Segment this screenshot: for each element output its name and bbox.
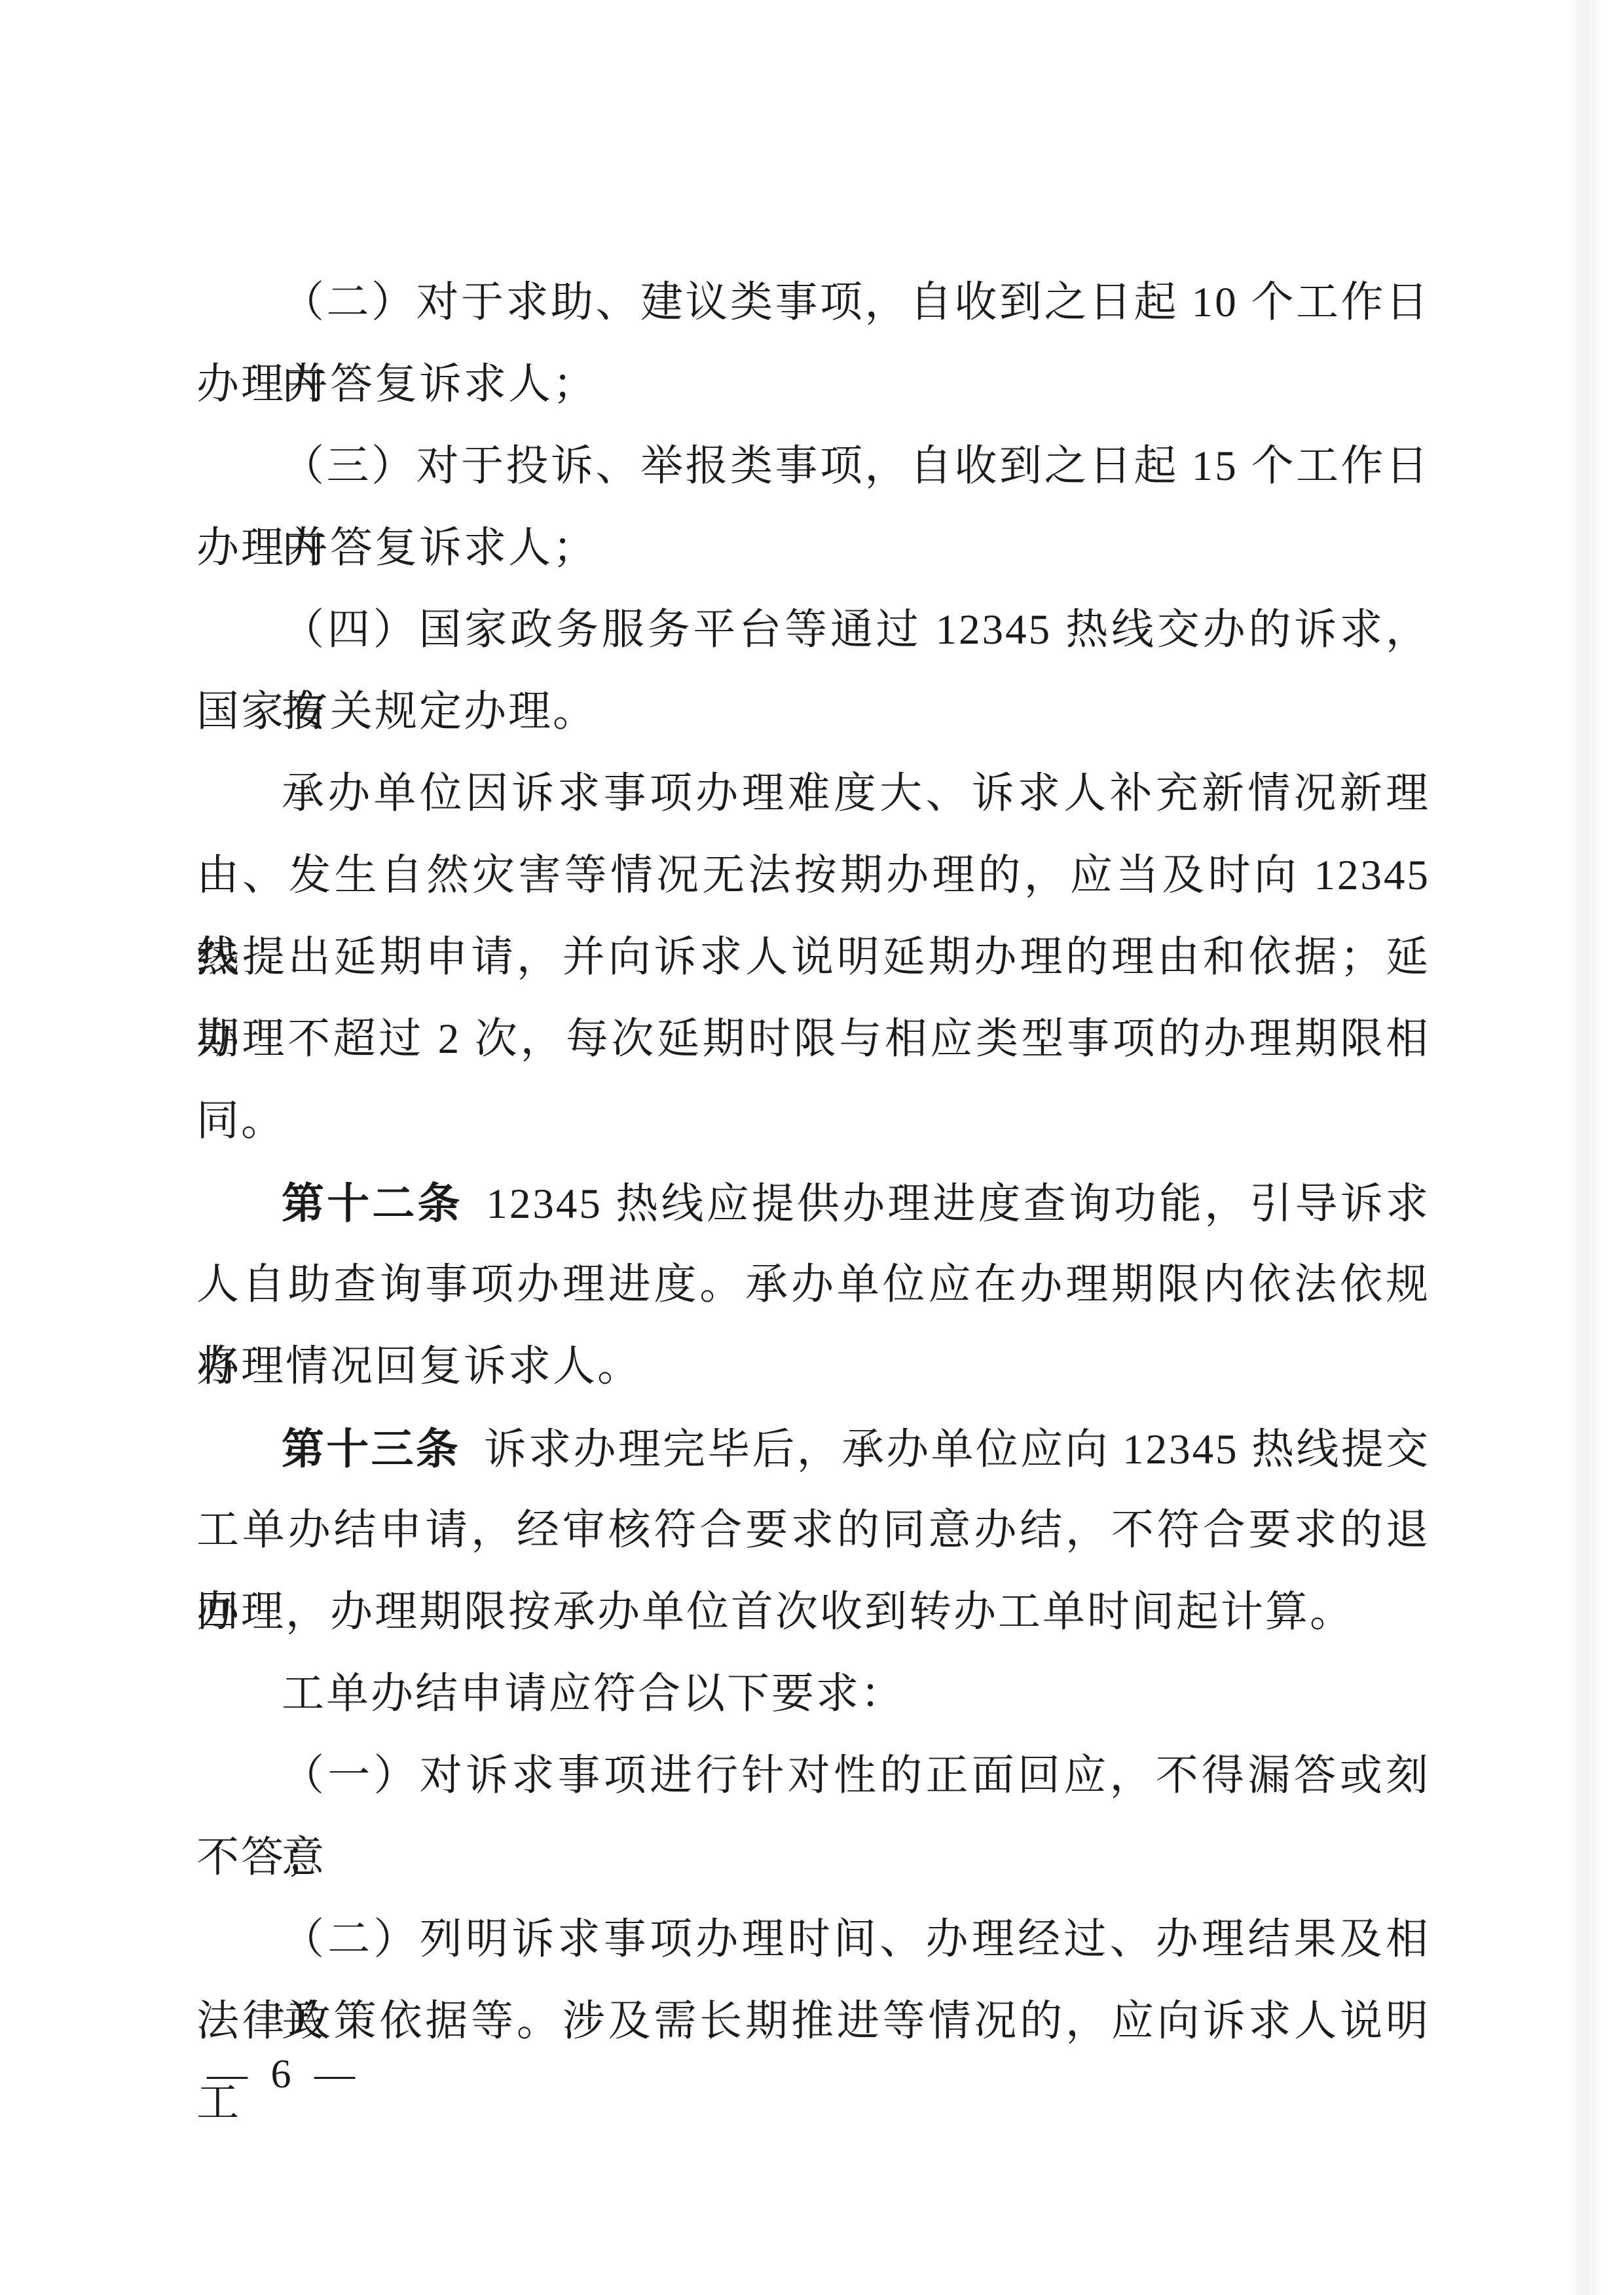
document-line: 工单办结申请应符合以下要求： xyxy=(196,1653,1430,1735)
text-segment: 承办单位因诉求事项办理难度大、诉求人补充新情况新理 xyxy=(282,770,1430,817)
text-segment: 办理并答复诉求人； xyxy=(196,361,597,408)
document-body: （二）对于求助、建议类事项，自收到之日起 10 个工作日内办理并答复诉求人；（三… xyxy=(196,262,1430,2063)
document-line: 办理并答复诉求人； xyxy=(196,507,1430,589)
document-line: 承办单位因诉求事项办理难度大、诉求人补充新情况新理 xyxy=(196,753,1430,835)
document-page: （二）对于求助、建议类事项，自收到之日起 10 个工作日内办理并答复诉求人；（三… xyxy=(0,0,1624,2295)
document-line: 办理情况回复诉求人。 xyxy=(196,1326,1430,1408)
text-segment: 不答； xyxy=(196,1834,330,1881)
scan-edge-artifact xyxy=(1568,0,1599,2295)
article-number-heading: 第十三条 xyxy=(282,1425,460,1473)
text-segment: 办理不超过 2 次，每次延期时限与相应类型事项的办理期限相 xyxy=(196,1016,1430,1063)
text-segment: 办理，办理期限按承办单位首次收到转办工单时间起计算。 xyxy=(196,1588,1354,1636)
document-line: 第十三条诉求办理完毕后，承办单位应向 12345 热线提交 xyxy=(196,1408,1430,1490)
document-line: 办理不超过 2 次，每次延期时限与相应类型事项的办理期限相 xyxy=(196,999,1430,1080)
document-line: 办理，办理期限按承办单位首次收到转办工单时间起计算。 xyxy=(196,1571,1430,1653)
text-segment: 工单办结申请应符合以下要求： xyxy=(282,1670,905,1717)
text-segment: 办理情况回复诉求人。 xyxy=(196,1343,642,1390)
document-line: 工单办结申请，经审核符合要求的同意办结，不符合要求的退回 xyxy=(196,1490,1430,1571)
document-line: 同。 xyxy=(196,1080,1430,1162)
text-segment: 同。 xyxy=(196,1097,286,1145)
text-segment: 诉求办理完毕后，承办单位应向 12345 热线提交 xyxy=(484,1426,1430,1473)
document-line: （二）对于求助、建议类事项，自收到之日起 10 个工作日内 xyxy=(196,262,1430,344)
document-line: 法律政策依据等。涉及需长期推进等情况的，应向诉求人说明工 xyxy=(196,1981,1430,2063)
text-segment: 办理并答复诉求人； xyxy=(196,524,597,572)
document-line: （四）国家政务服务平台等通过 12345 热线交办的诉求，按 xyxy=(196,589,1430,671)
document-line: 办理并答复诉求人； xyxy=(196,344,1430,426)
document-line: 线提出延期申请，并向诉求人说明延期办理的理由和依据；延期 xyxy=(196,917,1430,999)
document-line: 国家有关规定办理。 xyxy=(196,671,1430,753)
document-line: 第十二条12345 热线应提供办理进度查询功能，引导诉求 xyxy=(196,1162,1430,1244)
document-line: 不答； xyxy=(196,1817,1430,1899)
text-segment: 12345 热线应提供办理进度查询功能，引导诉求 xyxy=(486,1181,1430,1228)
page-number: — 6 — xyxy=(207,2048,361,2101)
text-segment: 法律政策依据等。涉及需长期推进等情况的，应向诉求人说明工 xyxy=(196,1998,1430,2127)
document-line: 由、发生自然灾害等情况无法按期办理的，应当及时向 12345 热 xyxy=(196,835,1430,917)
text-segment: 国家有关规定办理。 xyxy=(196,688,597,735)
document-line: （二）列明诉求事项办理时间、办理经过、办理结果及相关 xyxy=(196,1899,1430,1981)
document-line: （三）对于投诉、举报类事项，自收到之日起 15 个工作日内 xyxy=(196,426,1430,507)
document-line: （一）对诉求事项进行针对性的正面回应，不得漏答或刻意 xyxy=(196,1735,1430,1817)
article-number-heading: 第十二条 xyxy=(282,1179,463,1227)
document-line: 人自助查询事项办理进度。承办单位应在办理期限内依法依规将 xyxy=(196,1244,1430,1326)
